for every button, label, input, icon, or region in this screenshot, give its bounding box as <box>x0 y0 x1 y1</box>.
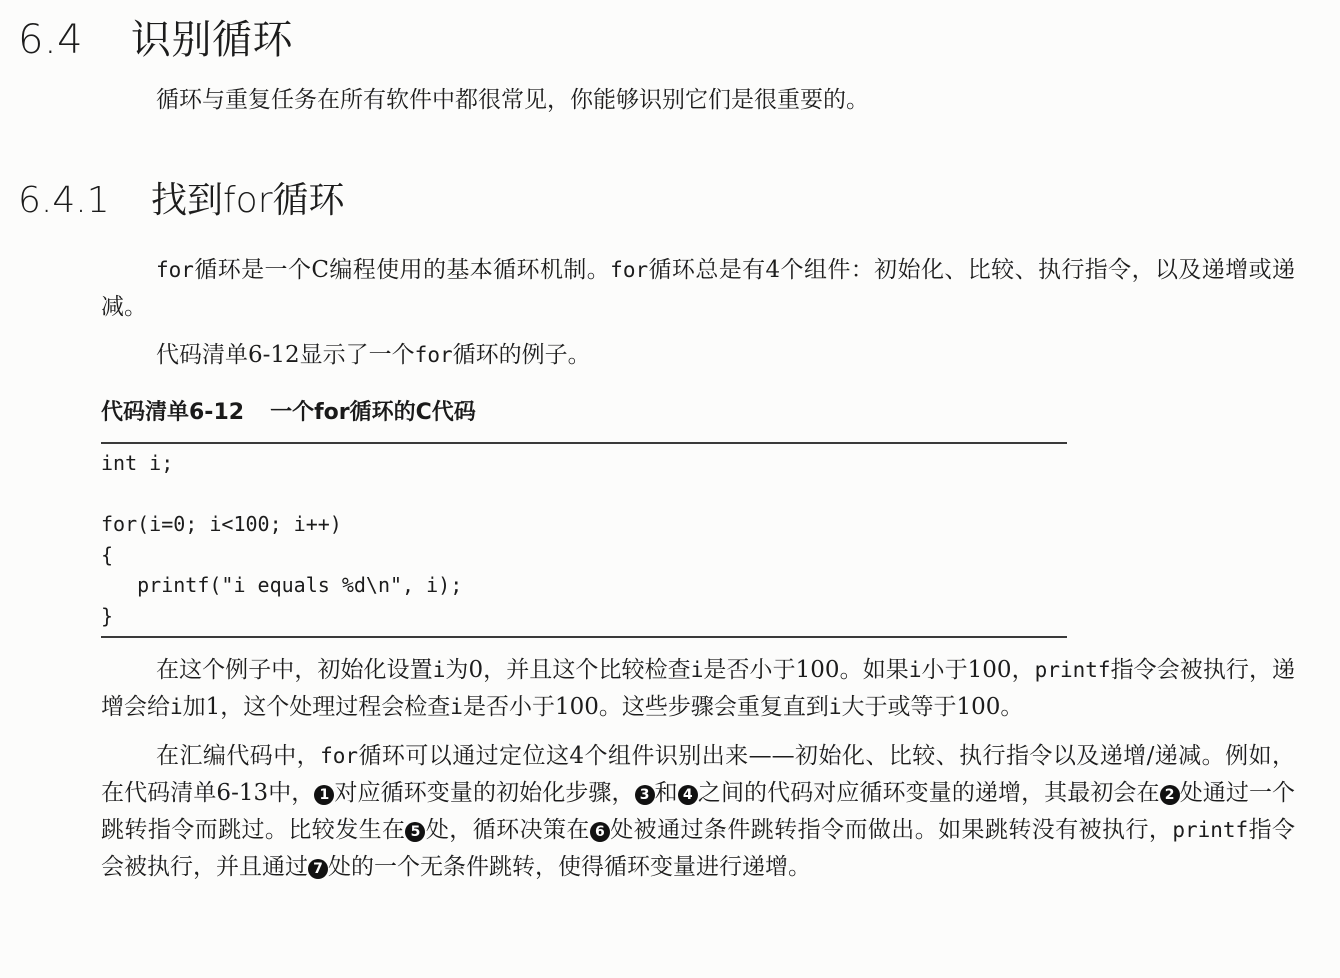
section-number: 6.4 <box>18 17 131 63</box>
text: 在汇编代码中， <box>156 743 320 769</box>
text: 循环是一个C编程使用的基本循环机制。 <box>194 257 610 283</box>
text: 是否小于100。如果 <box>703 657 908 683</box>
paragraph-listing-ref: 代码清单6-12显示了一个for循环的例子。 <box>101 337 1295 374</box>
listing-bottom-rule <box>101 636 1067 638</box>
marker-6-icon: 6 <box>590 822 610 842</box>
text: 之间的代码对应循环变量的递增，其最初会在 <box>698 780 1160 806</box>
text: 处被通过条件跳转指令而做出。如果跳转没有被执行， <box>610 817 1173 843</box>
code-keyword: for <box>320 744 358 768</box>
code-keyword: for <box>415 343 453 367</box>
subsection-number: 6.4.1 <box>18 180 151 221</box>
code-keyword: for <box>610 258 648 282</box>
text: 和 <box>655 780 678 806</box>
text: 大于或等于100。 <box>842 694 1024 720</box>
text: 加1，这个处理过程会检查 <box>183 694 451 720</box>
marker-3-icon: 3 <box>635 785 655 805</box>
section-title: 识别循环 <box>131 17 293 63</box>
section-heading: 6.4识别循环 <box>18 8 293 65</box>
code-keyword: printf <box>1172 818 1248 842</box>
code-keyword: for <box>156 258 194 282</box>
code-var: i <box>909 658 922 682</box>
code-listing: int i; for(i=0; i<100; i++) { printf("i … <box>101 448 462 631</box>
listing-caption-text: 一个for循环的C代码 <box>270 400 476 425</box>
text: 处的一个无条件跳转，使得循环变量进行递增。 <box>328 854 811 880</box>
text: 处，循环决策在 <box>425 817 589 843</box>
paragraph-explanation: 在这个例子中，初始化设置i为0，并且这个比较检查i是否小于100。如果i小于10… <box>101 652 1295 726</box>
marker-1-icon: 1 <box>314 785 334 805</box>
subsection-title: 找到for循环 <box>151 180 345 221</box>
code-keyword: printf <box>1035 658 1111 682</box>
marker-7-icon: 7 <box>308 859 328 879</box>
code-var: i <box>450 695 463 719</box>
text: 小于100， <box>921 657 1034 683</box>
text: 代码清单6-12显示了一个 <box>156 342 415 368</box>
listing-top-rule <box>101 442 1067 444</box>
marker-2-icon: 2 <box>1160 785 1180 805</box>
text: 为0，并且这个比较检查 <box>445 657 690 683</box>
text: 是否小于100。这些步骤会重复直到 <box>463 694 829 720</box>
section-intro: 循环与重复任务在所有软件中都很常见，你能够识别它们是很重要的。 <box>101 82 1295 119</box>
code-var: i <box>691 658 704 682</box>
text: 对应循环变量的初始化步骤， <box>334 780 634 806</box>
code-var: i <box>170 695 183 719</box>
code-var: i <box>433 658 446 682</box>
listing-caption: 代码清单6-12一个for循环的C代码 <box>101 395 476 426</box>
subsection-heading: 6.4.1找到for循环 <box>18 172 345 223</box>
paragraph-for-intro: for循环是一个C编程使用的基本循环机制。for循环总是有4个组件：初始化、比较… <box>101 252 1295 326</box>
marker-4-icon: 4 <box>678 785 698 805</box>
listing-label: 代码清单6-12 <box>101 400 244 425</box>
code-var: i <box>829 695 842 719</box>
paragraph-assembly: 在汇编代码中，for循环可以通过定位这4个组件识别出来——初始化、比较、执行指令… <box>101 738 1295 886</box>
text: 在这个例子中，初始化设置 <box>156 657 433 683</box>
text: 循环的例子。 <box>453 342 591 368</box>
marker-5-icon: 5 <box>405 822 425 842</box>
